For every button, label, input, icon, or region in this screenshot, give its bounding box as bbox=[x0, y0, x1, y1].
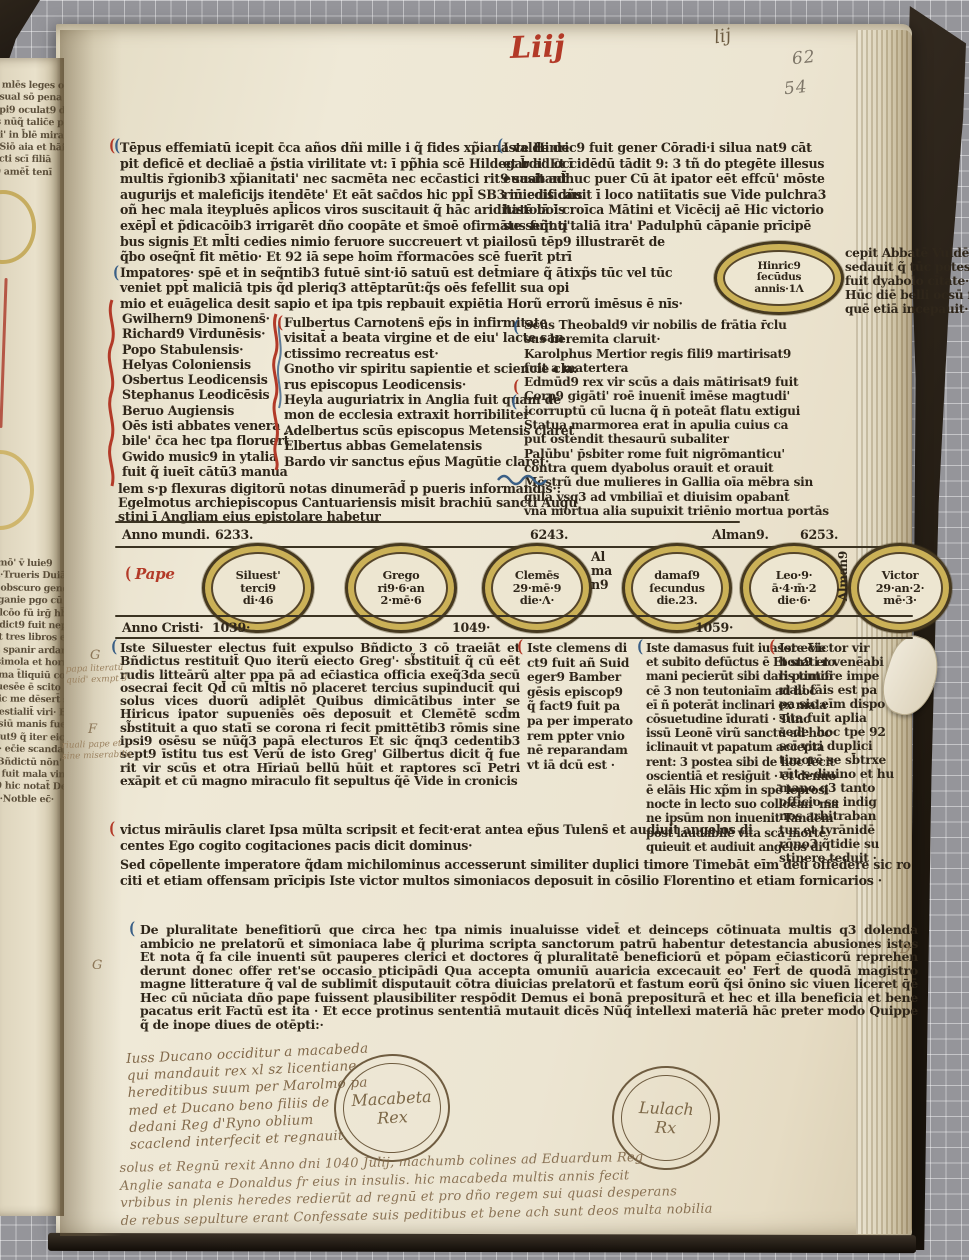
pilcrow-mark: ( bbox=[513, 320, 519, 334]
red-blue-flourish bbox=[268, 312, 284, 472]
margin-note-1: papa literatūquid' exmpt 3 bbox=[66, 663, 117, 686]
almanus-label: Alman9. bbox=[712, 527, 769, 543]
pencil-annotation-62: 62 bbox=[791, 47, 817, 69]
pilcrow-mark: ( bbox=[637, 640, 643, 654]
margin-mark-F: F bbox=[88, 722, 97, 737]
book-bottom-edge bbox=[48, 1233, 916, 1253]
margin-mark-D: D bbox=[900, 942, 910, 957]
facing-page-medallion-arc-2 bbox=[0, 450, 34, 530]
paragraph-pluralitate: De pluralitate benefitiorū que circa hec… bbox=[140, 923, 918, 1031]
almanus-between-medallions: Alman9 bbox=[591, 550, 621, 592]
pilcrow-mark: ( bbox=[109, 822, 115, 836]
facing-page-edge: ad̄ mlēs leges ob oēhī sual sō pena capi… bbox=[0, 58, 64, 1216]
anno-cristi-label: Anno Cristi· bbox=[122, 620, 203, 636]
pencil-annotation-54: 54 bbox=[783, 77, 809, 99]
text-right-of-medallion: cepit Abbatē Vuldēsēsedauit q̃ tūc potes… bbox=[845, 246, 915, 316]
pilcrow-mark: ( bbox=[277, 316, 283, 330]
pilcrow-mark: ( bbox=[517, 640, 523, 654]
text-block-tempus: Tēpus effemiatū icepit c̄ca años dñi mil… bbox=[120, 140, 565, 312]
margin-mark-G: G bbox=[90, 648, 100, 663]
anno-cristi-value-1: 1039· bbox=[212, 620, 250, 636]
red-wavy-flourish bbox=[104, 298, 120, 488]
pilcrow-mark: ( bbox=[497, 139, 503, 153]
anno-cristi-value-2: 1049· bbox=[452, 620, 490, 636]
span-sed-compellente-2: citi et etiam offensam prīcipis Iste vic… bbox=[120, 873, 915, 889]
anno-mundi-value-3: 6253. bbox=[800, 527, 838, 543]
pilcrow-mark: ( bbox=[111, 640, 117, 654]
span-leo-miraculis: victus mirāulis claret Ipsa mūlta scrips… bbox=[120, 822, 772, 838]
medallion-henricus: Hinric9ſecūdusannis·1Λ bbox=[714, 241, 844, 315]
anno-cristi-value-3: 1059· bbox=[695, 620, 733, 636]
manuscript-note-left: Iuss Ducano occiditur a macabedaqui mand… bbox=[126, 1041, 360, 1154]
pilcrow-mark: ( bbox=[113, 266, 119, 280]
facing-page-text-upper: ad̄ mlēs leges ob oēhī sual sō pena capi… bbox=[0, 79, 64, 180]
anno-mundi-value-1: 6233. bbox=[215, 527, 253, 543]
medallion-lulach-text: LulachRx bbox=[638, 1098, 694, 1138]
pilcrow-mark: ( bbox=[511, 395, 517, 409]
pope-medallion-gregorius: Gregori9·6·an2·mē·6 bbox=[345, 543, 457, 633]
pope-medallion-leo: Leo·9·ā·4·m̄·2die·6· bbox=[740, 543, 848, 633]
pilcrow-mark: ( bbox=[125, 567, 131, 581]
anno-mundi-value-2: 6243. bbox=[530, 527, 568, 543]
blue-scribble bbox=[496, 472, 556, 486]
span-leo-miraculis-2: centes Ego cogito cogitaciones pacis dic… bbox=[120, 838, 540, 854]
medallion-macbeth-text: MacabetaRex bbox=[351, 1087, 433, 1129]
text-block-henricus: Iste Hinric9 fuit gener Cōradi·i silua n… bbox=[503, 140, 913, 234]
gutter-shadow bbox=[60, 30, 122, 1236]
pilcrow-mark: ( bbox=[769, 640, 775, 654]
timeline-rule bbox=[115, 521, 740, 523]
margin-note-2: riuali pape etsine miserabilis bbox=[62, 739, 117, 762]
timeline-rule bbox=[115, 637, 913, 639]
events-column: Scūs Theobald9 vir nobilis de frātia r̄c… bbox=[524, 318, 774, 518]
bishops-column: Fulbertus Carnotens̄ ep̃s in infirmitate… bbox=[284, 315, 524, 469]
abbots-list: Gwilhern9 Dimonens̄·Richard9 Virdunēsis·… bbox=[122, 311, 277, 479]
folio-number: Liij bbox=[509, 29, 565, 66]
span-sed-compellente: Sed cōpellente imperatore q̃dam michilom… bbox=[120, 857, 915, 873]
column-clemens: Iste clemens dict9 fuit añ Suideger9 Bam… bbox=[527, 641, 639, 772]
timeline-rule bbox=[115, 615, 913, 617]
column-silvester: Iste Siluester electus fuit expulso Bñdi… bbox=[120, 641, 520, 787]
anno-mundi-label: Anno mundi. bbox=[122, 527, 210, 543]
facing-page-red-flourish bbox=[0, 278, 8, 428]
facing-page-medallion-arc bbox=[0, 190, 36, 264]
pope-medallion-victor: Victor29·an·2·mē·3· bbox=[848, 543, 952, 633]
photo-of-open-incunable: { "folio": "Liij", "annotations": { "ink… bbox=[0, 0, 969, 1260]
text-block-egelmotus: lem s·p flexuras digitorū notas dinumerā… bbox=[118, 482, 523, 525]
pape-label: Pape bbox=[135, 567, 175, 583]
pilcrow-mark: ( bbox=[109, 139, 115, 153]
column-victor: Iste Victor virbon9 et venēabilis timore… bbox=[779, 641, 911, 865]
pope-medallion-clemens: Clemēs29·mē·9die·Λ· bbox=[482, 543, 592, 633]
margin-mark-G2: G bbox=[92, 958, 102, 973]
ink-foliation-note: lij bbox=[712, 25, 732, 49]
pilcrow-mark: ( bbox=[129, 922, 135, 936]
facing-page-text-lower: Symō' v̄ luie9ret·Trueris Duiāde obscuro… bbox=[0, 557, 64, 807]
medallion-henricus-text: Hinric9ſecūdusannis·1Λ bbox=[754, 261, 803, 296]
